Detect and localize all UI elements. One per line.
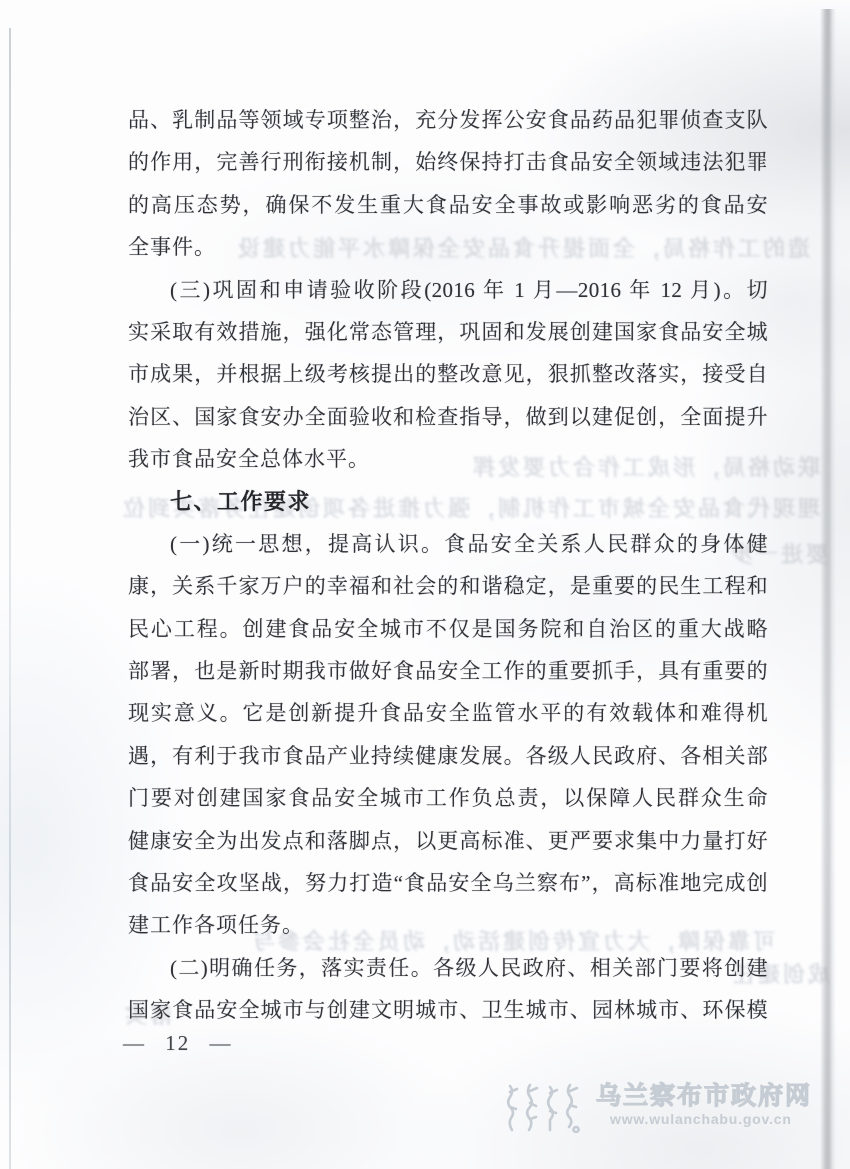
text-line: (一)统一思想，提高认识。食品安全关系人民群众的身体健 [128,523,768,565]
watermark-site-url: www.wulanchabu.gov.cn [610,1111,812,1127]
text-line: 实采取有效措施，强化常态管理，巩固和发展创建国家食品安全城 [128,311,768,353]
government-watermark: 乌兰察布市政府网 www.wulanchabu.gov.cn [502,1083,812,1138]
text-line: 食品安全攻坚战，努力打造“食品安全乌兰察布”，高标准地完成创 [128,862,768,904]
text-line: 部署，也是新时期我市做好食品安全工作的重要抓手，具有重要的 [128,650,768,692]
text-line: 建工作各项任务。 [128,904,768,946]
text-line: 市成果，并根据上级考核提出的整改意见，狠抓整改落实，接受自 [128,353,768,395]
text-line: (三)巩固和申请验收阶段(2016 年 1 月—2016 年 12 月)。切 [128,269,768,311]
text-line: 国家食品安全城市与创建文明城市、卫生城市、园林城市、环保模 [128,989,768,1031]
scanned-document-page: 造的工作格局，全面提升食品安全保障水平能力建设 联动格局，形成工作合力要发挥 理… [0,0,850,1169]
text-line: 康，关系千家万户的幸福和社会的和谐稳定，是重要的民生工程和 [128,565,768,607]
text-line: 全事件。 [128,226,768,268]
watermark-text-block: 乌兰察布市政府网 www.wulanchabu.gov.cn [596,1083,812,1127]
text-line: 的作用，完善行刑衔接机制，始终保持打击食品安全领域违法犯罪 [128,141,768,183]
scan-edge-left [9,28,11,1169]
page-number: — 12 — [123,1031,233,1056]
watermark-site-name: 乌兰察布市政府网 [596,1083,812,1109]
text-line: 治区、国家食安办全面验收和检查指导，做到以建促创，全面提升 [128,396,768,438]
text-line: (二)明确任务，落实责任。各级人民政府、相关部门要将创建 [128,947,768,989]
document-text: 品、乳制品等领域专项整治，充分发挥公安食品药品犯罪侦查支队的作用，完善行刑衔接机… [128,99,768,1032]
text-line: 我市食品安全总体水平。 [128,438,768,480]
text-line: 品、乳制品等领域专项整治，充分发挥公安食品药品犯罪侦查支队 [128,99,768,141]
text-line: 现实意义。它是创新提升食品安全监管水平的有效载体和难得机 [128,692,768,734]
scan-edge-right [820,9,836,1169]
text-line: 的高压态势，确保不发生重大食品安全事故或影响恶劣的食品安 [128,184,768,226]
text-line: 健康安全为出发点和落脚点，以更高标准、更严要求集中力量打好 [128,820,768,862]
mongolian-script-icon [502,1083,588,1138]
text-line: 民心工程。创建食品安全城市不仅是国务院和自治区的重大战略 [128,608,768,650]
section-heading: 七、工作要求 [128,481,768,523]
text-line: 门要对创建国家食品安全城市工作负总责，以保障人民群众生命 [128,777,768,819]
text-line: 遇，有利于我市食品产业持续健康发展。各级人民政府、各相关部 [128,735,768,777]
